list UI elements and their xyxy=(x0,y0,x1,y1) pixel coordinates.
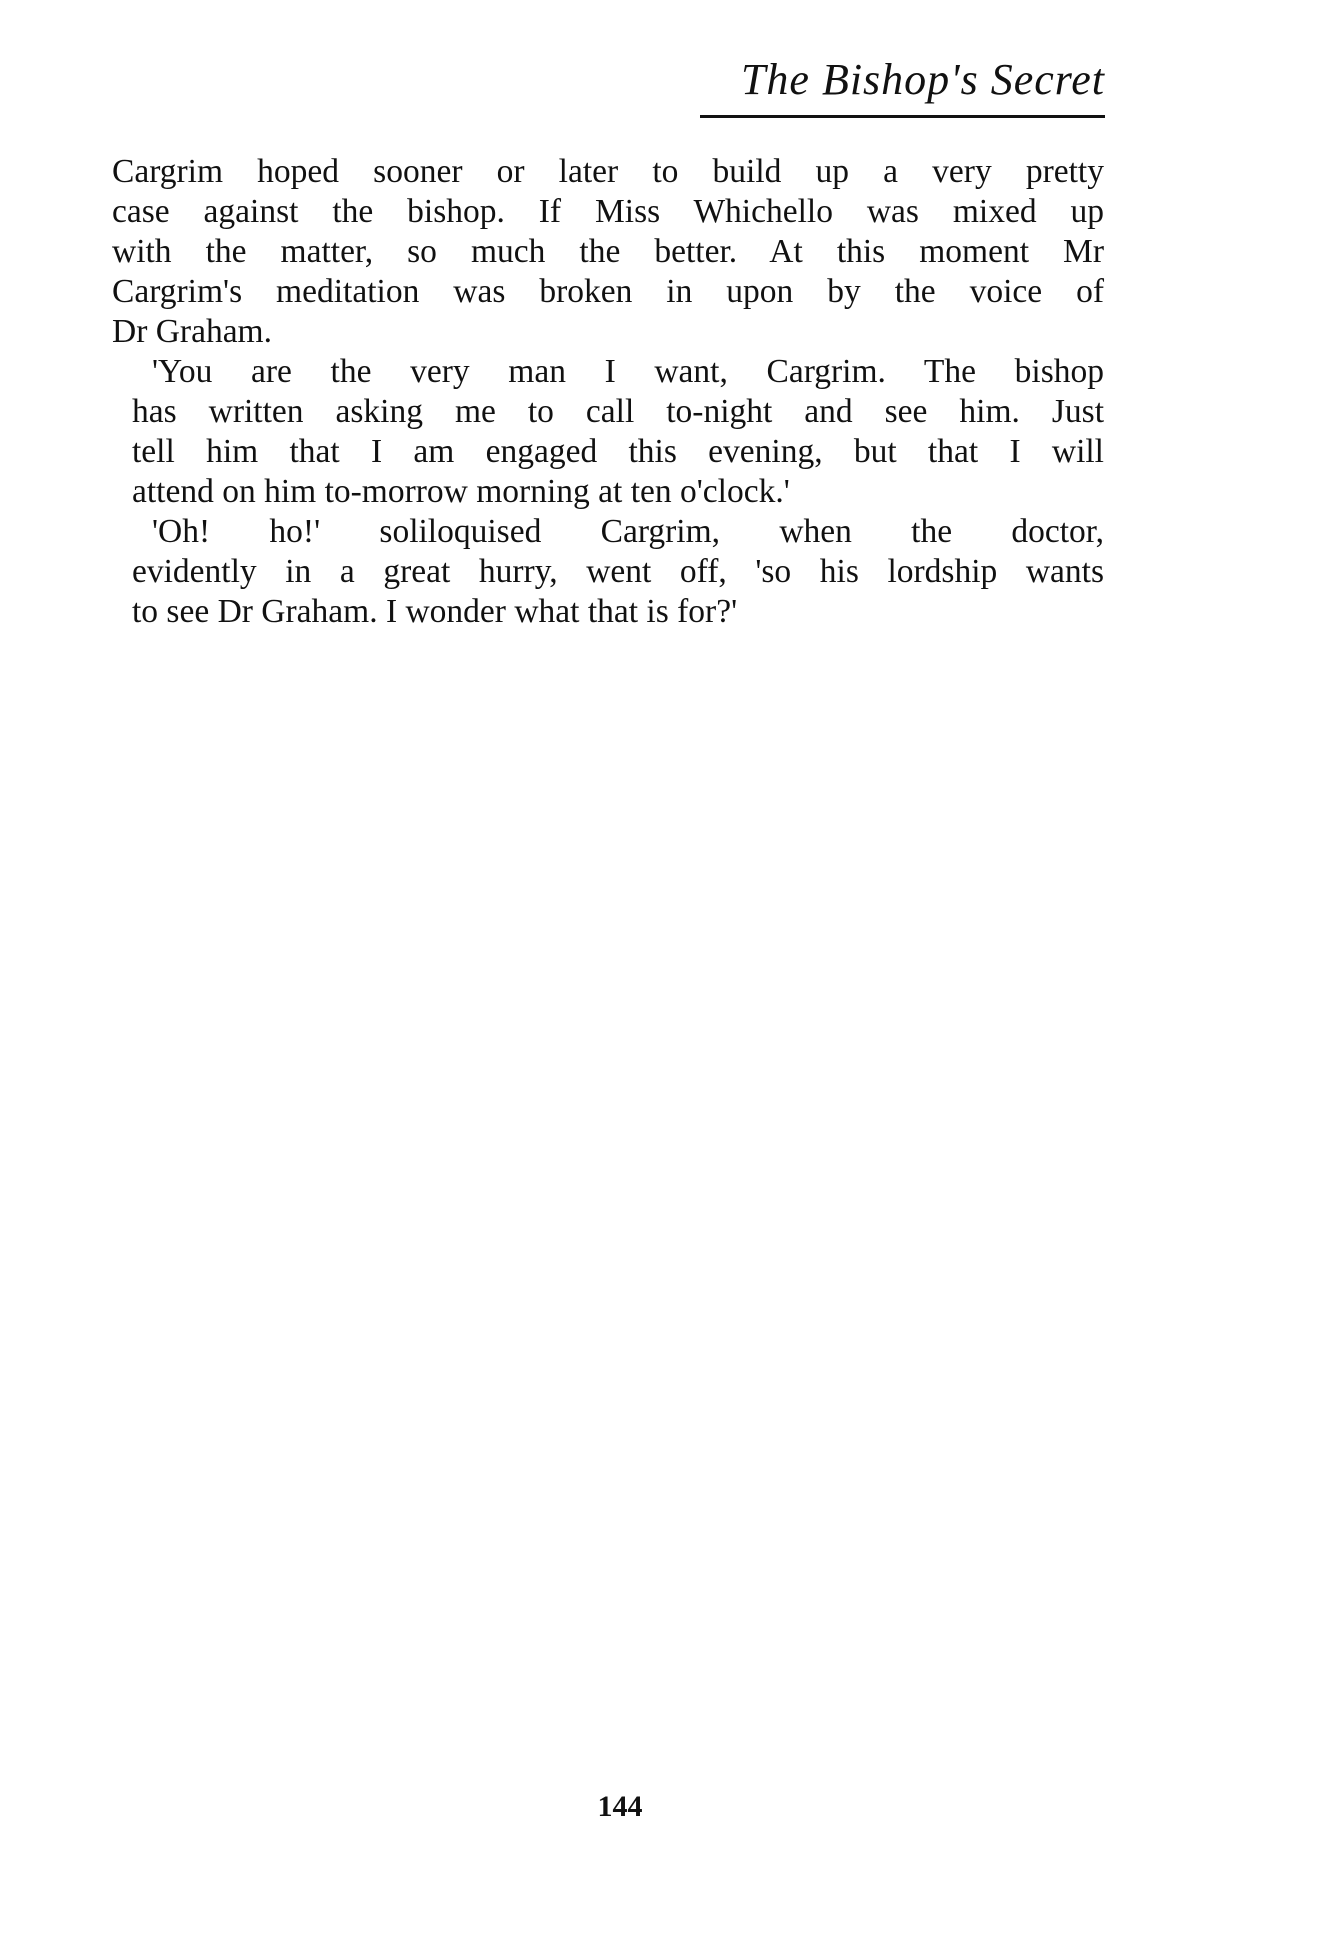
text-line: evidently in a great hurry, went off, 's… xyxy=(112,552,1104,592)
running-head: The Bishop's Secret xyxy=(700,52,1105,108)
text-line: tell him that I am engaged this evening,… xyxy=(112,432,1104,472)
text-line: 'Oh! ho!' soliloquised Cargrim, when the… xyxy=(112,512,1104,552)
paragraph-2: 'You are the very man I want, Cargrim. T… xyxy=(112,352,1104,512)
page-number: 144 xyxy=(590,1790,650,1824)
text-line: with the matter, so much the better. At … xyxy=(112,232,1104,272)
text-line: Cargrim's meditation was broken in upon … xyxy=(112,272,1104,312)
text-line: attend on him to-morrow morning at ten o… xyxy=(112,472,1104,512)
header-rule xyxy=(700,115,1105,118)
text-line: Cargrim hoped sooner or later to build u… xyxy=(112,152,1104,192)
text-line: 'You are the very man I want, Cargrim. T… xyxy=(112,352,1104,392)
paragraph-3: 'Oh! ho!' soliloquised Cargrim, when the… xyxy=(112,512,1104,632)
text-line: has written asking me to call to-night a… xyxy=(112,392,1104,432)
text-line: Dr Graham. xyxy=(112,312,1104,352)
text-line: case against the bishop. If Miss Whichel… xyxy=(112,192,1104,232)
body-text: Cargrim hoped sooner or later to build u… xyxy=(112,152,1104,632)
text-line: to see Dr Graham. I wonder what that is … xyxy=(112,592,1104,632)
paragraph-1: Cargrim hoped sooner or later to build u… xyxy=(112,152,1104,352)
